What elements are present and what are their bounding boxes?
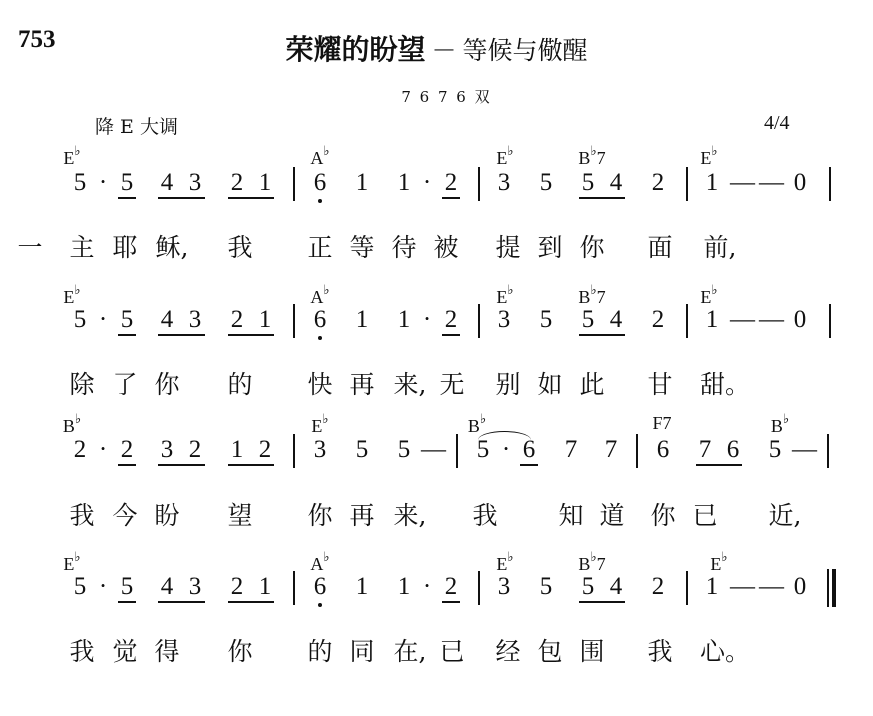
augmentation-dot: · [91,170,115,196]
lyric-syllable: 已 [439,637,464,667]
note: 1 [350,574,374,600]
lyric-syllable: 此 [579,370,604,400]
extension-dash: — [759,170,783,196]
lyric-syllable: 再 [349,370,374,400]
lyric-syllable: 我 [227,233,252,263]
bar-line [636,434,638,468]
bar-line [478,571,480,605]
time-signature: 4/4 [764,112,790,135]
note: 3 [492,170,516,196]
eighth-underline [442,601,460,603]
note: 4 [604,170,628,196]
bar-line [293,304,295,338]
eighth-underline [118,197,136,199]
augmentation-dot: · [91,574,115,600]
note: 2 [183,437,207,463]
lyric-syllable: 今 [112,501,137,531]
lyric-syllable: 你 [227,637,252,667]
note: 4 [604,574,628,600]
lyric-syllable: 在, [394,637,427,667]
bar-line [293,434,295,468]
note: 0 [788,574,812,600]
extension-dash: — [759,574,783,600]
eighth-underline [158,601,205,603]
note: 5 [576,574,600,600]
final-bar-thick [832,569,836,607]
lyric-syllable: 主 [69,233,94,263]
lyric-syllable: 心。 [700,637,750,667]
chord-symbol: E♭ [63,284,80,308]
note: 2 [253,437,277,463]
lyric-syllable: 你 [154,370,179,400]
note: 2 [115,437,139,463]
note: 1 [700,307,724,333]
lyric-syllable: 已 [692,501,717,531]
chord-symbol: E♭ [63,145,80,169]
lyric-syllable: 的 [307,637,332,667]
chord-symbol: E♭ [311,413,328,437]
note: 6 [651,437,675,463]
hymn-title: 荣耀的盼望－等候与儆醒 [0,28,873,68]
lower-octave-dot [318,603,322,607]
lyric-syllable: 快 [307,370,332,400]
lyric-syllable: 来, [394,501,427,531]
note: 2 [225,574,249,600]
note: 6 [721,437,745,463]
note: 1 [253,574,277,600]
augmentation-dot: · [91,307,115,333]
note: 1 [350,307,374,333]
chord-symbol: A♭ [310,284,329,308]
note: 1 [700,574,724,600]
note: 3 [155,437,179,463]
augmentation-dot: · [415,170,439,196]
bar-line [686,304,688,338]
chord-symbol: E♭ [496,145,513,169]
note: 1 [392,307,416,333]
note: 6 [308,170,332,196]
eighth-underline [228,601,274,603]
bar-line [829,304,831,338]
lyric-syllable: 的 [227,370,252,400]
extension-dash: — [759,307,783,333]
lyric-syllable: 知 [558,501,583,531]
lyric-syllable: 前, [704,233,737,263]
note: 7 [599,437,623,463]
lyric-syllable: 来, [394,370,427,400]
chord-symbol: A♭ [310,145,329,169]
bar-line [293,571,295,605]
note: 5 [350,437,374,463]
note: 1 [253,307,277,333]
note: 1 [700,170,724,196]
note: 5 [763,437,787,463]
final-bar-thin [827,569,829,607]
bar-line [829,167,831,201]
chord-symbol: B♭ [771,413,789,437]
note: 3 [183,307,207,333]
lyric-syllable: 得 [154,637,179,667]
lyric-syllable: 你 [650,501,675,531]
note: 7 [559,437,583,463]
note: 5 [68,307,92,333]
chord-symbol: E♭ [496,551,513,575]
lyric-syllable: 如 [537,370,562,400]
bar-line [293,167,295,201]
lyric-syllable: 围 [579,637,604,667]
note: 2 [439,170,463,196]
bar-line [827,434,829,468]
note: 5 [115,574,139,600]
lower-octave-dot [318,199,322,203]
note: 3 [183,170,207,196]
note: 2 [439,307,463,333]
note: 3 [183,574,207,600]
chord-symbol: A♭ [310,551,329,575]
extension-dash: — [730,307,754,333]
eighth-underline [118,464,136,466]
bar-line [686,571,688,605]
note: 5 [576,170,600,196]
eighth-underline [158,197,205,199]
note: 2 [225,307,249,333]
extension-dash: — [730,574,754,600]
note: 5 [68,170,92,196]
lyric-syllable: 我 [647,637,672,667]
augmentation-dot: · [91,437,115,463]
chord-symbol: E♭ [496,284,513,308]
lyric-syllable: 你 [307,501,332,531]
eighth-underline [158,334,205,336]
eighth-underline [158,464,205,466]
lyric-syllable: 你 [579,233,604,263]
lyric-syllable: 耶 [112,233,137,263]
chord-symbol: B♭7 [578,551,605,575]
note: 5 [68,574,92,600]
lyric-syllable: 经 [495,637,520,667]
lyric-syllable: 近, [769,501,802,531]
bar-line [456,434,458,468]
lyric-syllable: 一 [17,233,42,263]
extension-dash: — [730,170,754,196]
chord-symbol: E♭ [700,145,717,169]
note: 2 [225,170,249,196]
note: 1 [392,170,416,196]
eighth-underline [520,464,538,466]
lyric-syllable: 别 [495,370,520,400]
note: 4 [155,170,179,196]
bar-line [478,304,480,338]
augmentation-dot: · [494,437,518,463]
note: 1 [350,170,374,196]
lyric-syllable: 被 [433,233,458,263]
title-separator: － [431,36,456,65]
note: 2 [646,170,670,196]
lyric-syllable: 正 [307,233,332,263]
note: 5 [576,307,600,333]
chord-symbol: B♭7 [578,145,605,169]
note: 5 [534,307,558,333]
chord-symbol: E♭ [700,284,717,308]
note: 7 [693,437,717,463]
note: 5 [115,307,139,333]
lyric-syllable: 了 [112,370,137,400]
chord-symbol: E♭ [63,551,80,575]
lyric-syllable: 甜。 [700,370,750,400]
key-signature: 降 E 大调 [95,112,178,139]
note: 4 [155,307,179,333]
title-main: 荣耀的盼望 [285,33,425,66]
note: 1 [392,574,416,600]
lyric-syllable: 再 [349,501,374,531]
extension-dash: — [792,437,816,463]
augmentation-dot: · [415,307,439,333]
note: 5 [115,170,139,196]
note: 1 [225,437,249,463]
note: 2 [646,574,670,600]
note: 3 [492,307,516,333]
note: 6 [308,574,332,600]
lyric-syllable: 望 [227,501,252,531]
eighth-underline [228,464,274,466]
note: 5 [534,170,558,196]
lyric-syllable: 无 [439,370,464,400]
lyric-syllable: 我 [69,501,94,531]
note: 4 [604,307,628,333]
note: 5 [471,437,495,463]
lyric-syllable: 同 [349,637,374,667]
eighth-underline [579,334,625,336]
extension-dash: — [421,437,445,463]
lyric-syllable: 等 [349,233,374,263]
lyric-syllable: 除 [69,370,94,400]
chord-symbol: E♭ [710,551,727,575]
note: 2 [439,574,463,600]
eighth-underline [228,197,274,199]
note: 5 [392,437,416,463]
chord-symbol: F7 [652,413,671,434]
title-subtitle: 等候与儆醒 [463,36,588,65]
bar-line [686,167,688,201]
note: 0 [788,307,812,333]
note: 5 [534,574,558,600]
note: 6 [517,437,541,463]
eighth-underline [228,334,274,336]
lower-octave-dot [318,336,322,340]
bar-line [478,167,480,201]
lyric-syllable: 我 [472,501,497,531]
chord-symbol: B♭7 [578,284,605,308]
lyric-syllable: 道 [599,501,624,531]
note: 2 [646,307,670,333]
note: 0 [788,170,812,196]
lyric-syllable: 甘 [647,370,672,400]
eighth-underline [118,601,136,603]
tie-slur [478,431,531,440]
meter: 7 6 7 6 双 [0,86,873,107]
lyric-syllable: 面 [647,233,672,263]
lyric-syllable: 稣, [156,233,189,263]
eighth-underline [579,197,625,199]
note: 3 [308,437,332,463]
note: 1 [253,170,277,196]
eighth-underline [442,197,460,199]
eighth-underline [579,601,625,603]
lyric-syllable: 觉 [112,637,137,667]
eighth-underline [118,334,136,336]
note: 2 [68,437,92,463]
note: 6 [308,307,332,333]
eighth-underline [696,464,742,466]
note: 3 [492,574,516,600]
lyric-syllable: 盼 [154,501,179,531]
augmentation-dot: · [415,574,439,600]
eighth-underline [442,334,460,336]
lyric-syllable: 包 [537,637,562,667]
lyric-syllable: 待 [391,233,416,263]
note: 4 [155,574,179,600]
lyric-syllable: 提 [495,233,520,263]
lyric-syllable: 到 [537,233,562,263]
lyric-syllable: 我 [69,637,94,667]
chord-symbol: B♭ [63,413,81,437]
